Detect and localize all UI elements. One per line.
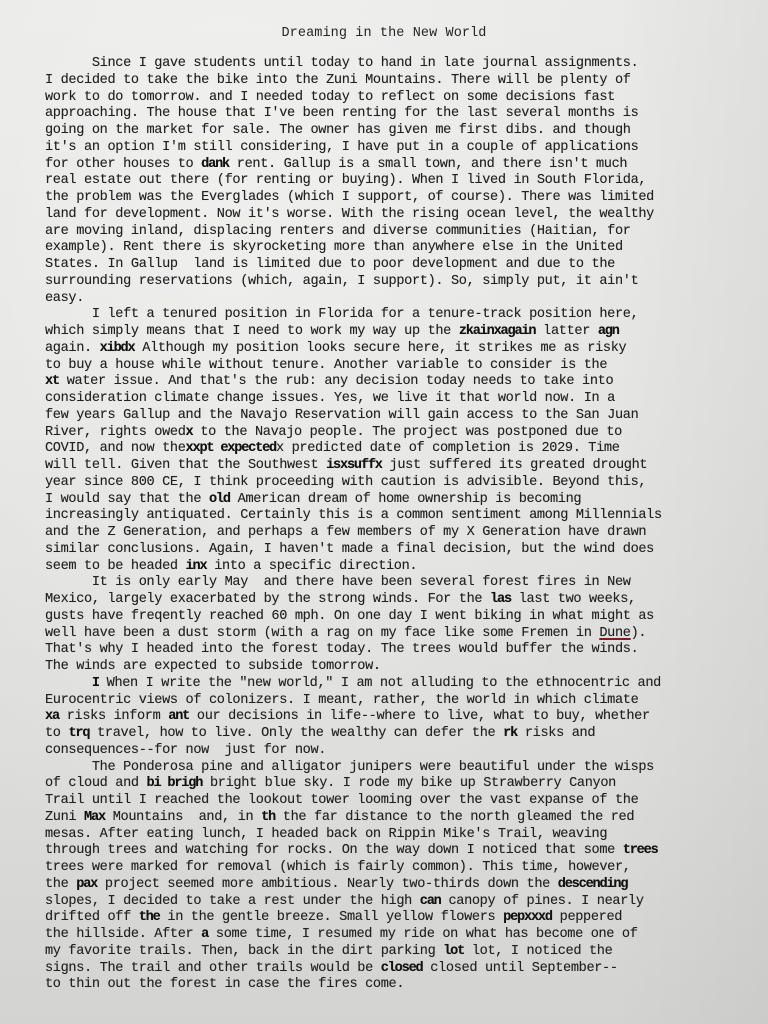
text-line: to buy a house while without tenure. Ano… — [45, 358, 745, 375]
text-line: seem to be headed inx into a specific di… — [45, 559, 745, 576]
overstruck-text: trees — [623, 843, 658, 858]
text-line: signs. The trail and other trails would … — [45, 961, 745, 978]
typewritten-page: Dreaming in the New World Since I gave s… — [0, 0, 768, 1024]
overstruck-text: closed — [381, 961, 423, 976]
text-line: my favorite trails. Then, back in the di… — [45, 944, 745, 961]
text-line: for other houses to dank rent. Gallup is… — [45, 157, 745, 174]
overstruck-text: a — [201, 927, 208, 942]
text-line: the problem was the Everglades (which I … — [45, 190, 745, 207]
text-line: of cloud and bi brigh bright blue sky. I… — [45, 776, 745, 793]
text-line: Mexico, largely exacerbated by the stron… — [45, 592, 745, 609]
overstruck-text: isxsuffx — [326, 458, 382, 473]
text-line: I When I write the "new world," I am not… — [45, 676, 745, 693]
text-line: year since 800 CE, I think proceeding wi… — [45, 475, 745, 492]
text-line: and the Z Generation, and perhaps a few … — [45, 525, 745, 542]
overstruck-text: old — [209, 492, 230, 507]
text-line: the pax project seemed more ambitious. N… — [45, 877, 745, 894]
text-line: Trail until I reached the lookout tower … — [45, 793, 745, 810]
text-line: real estate out there (for renting or bu… — [45, 173, 745, 190]
text-line: going on the market for sale. The owner … — [45, 123, 745, 140]
text-line: gusts have freqently reached 60 mph. On … — [45, 609, 745, 626]
text-line: xa risks inform ant our decisions in lif… — [45, 709, 745, 726]
text-line: to trq travel, how to live. Only the wea… — [45, 726, 745, 743]
text-line: which simply means that I need to work m… — [45, 324, 745, 341]
text-line: are moving inland, displacing renters an… — [45, 224, 745, 241]
overstruck-text: x — [186, 425, 193, 440]
text-line: similar conclusions. Again, I haven't ma… — [45, 542, 745, 559]
overstruck-text: inx — [186, 559, 207, 574]
text-line: I decided to take the bike into the Zuni… — [45, 73, 745, 90]
text-line: slopes, I decided to take a rest under t… — [45, 894, 745, 911]
overstruck-text: bi brigh — [147, 776, 203, 791]
document-title: Dreaming in the New World — [0, 26, 768, 41]
overstruck-text: can — [420, 894, 441, 909]
text-line: work to do tomorrow. and I needed today … — [45, 90, 745, 107]
overstruck-text: Max — [84, 810, 105, 825]
overstruck-text: xibdx — [100, 341, 135, 356]
overstruck-text: xxpt expected — [186, 441, 276, 456]
overstruck-text: dank — [201, 157, 229, 172]
text-line: land for development. Now it's worse. Wi… — [45, 207, 745, 224]
text-line: consequences--for now just for now. — [45, 743, 745, 760]
text-line: That's why I headed into the forest toda… — [45, 642, 745, 659]
text-line: increasingly antiquated. Certainly this … — [45, 508, 745, 525]
text-line: It is only early May and there have been… — [45, 575, 745, 592]
text-line: drifted off the in the gentle breeze. Sm… — [45, 910, 745, 927]
overstruck-text: descending — [558, 877, 628, 892]
text-line: The winds are expected to subside tomorr… — [45, 659, 745, 676]
text-line: easy. — [45, 291, 745, 308]
text-line: well have been a dust storm (with a rag … — [45, 626, 745, 643]
text-line: Zuni Max Mountains and, in th the far di… — [45, 810, 745, 827]
overstruck-text: I — [92, 676, 99, 691]
text-line: consideration climate change issues. Yes… — [45, 391, 745, 408]
text-line: COVID, and now thexxpt expectedx predict… — [45, 441, 745, 458]
overstruck-text: the — [139, 910, 160, 925]
overstruck-text: th — [261, 810, 275, 825]
text-line: States. In Gallup land is limited due to… — [45, 257, 745, 274]
text-line: example). Rent there is skyrocketing mor… — [45, 240, 745, 257]
text-line: the hillside. After a some time, I resum… — [45, 927, 745, 944]
overstruck-text: trq — [68, 726, 89, 741]
text-line: Eurocentric views of colonizers. I meant… — [45, 693, 745, 710]
overstruck-text: rk — [503, 726, 517, 741]
overstruck-text: lot — [443, 944, 464, 959]
text-line: surrounding reservations (which, again, … — [45, 274, 745, 291]
overstruck-text: pepxxxd — [503, 910, 552, 925]
text-line: approaching. The house that I've been re… — [45, 106, 745, 123]
overstruck-text: las — [490, 592, 511, 607]
text-line: will tell. Given that the Southwest isxs… — [45, 458, 745, 475]
overstruck-text: xa — [45, 709, 59, 724]
text-line: I left a tenured position in Florida for… — [45, 307, 745, 324]
text-line: Since I gave students until today to han… — [45, 56, 745, 73]
overstruck-text: pax — [76, 877, 97, 892]
overstruck-text: zkainxagain — [459, 324, 536, 339]
text-line: I would say that the old American dream … — [45, 492, 745, 509]
text-line: trees were marked for removal (which is … — [45, 860, 745, 877]
text-line: mesas. After eating lunch, I headed back… — [45, 827, 745, 844]
overstruck-text: xt — [45, 374, 59, 389]
text-line: River, rights owedx to the Navajo people… — [45, 425, 745, 442]
text-line: few years Gallup and the Navajo Reservat… — [45, 408, 745, 425]
document-body: Since I gave students until today to han… — [45, 56, 745, 994]
text-line: again. xibdx Although my position looks … — [45, 341, 745, 358]
overstruck-text: ant — [168, 709, 189, 724]
text-line: xt water issue. And that's the rub: any … — [45, 374, 745, 391]
text-line: to thin out the forest in case the fires… — [45, 977, 745, 994]
underlined-title: Dune — [599, 626, 630, 641]
text-line: through trees and watching for rocks. On… — [45, 843, 745, 860]
text-line: it's an option I'm still considering, I … — [45, 140, 745, 157]
overstruck-text: agn — [598, 324, 619, 339]
text-line: The Ponderosa pine and alligator juniper… — [45, 760, 745, 777]
